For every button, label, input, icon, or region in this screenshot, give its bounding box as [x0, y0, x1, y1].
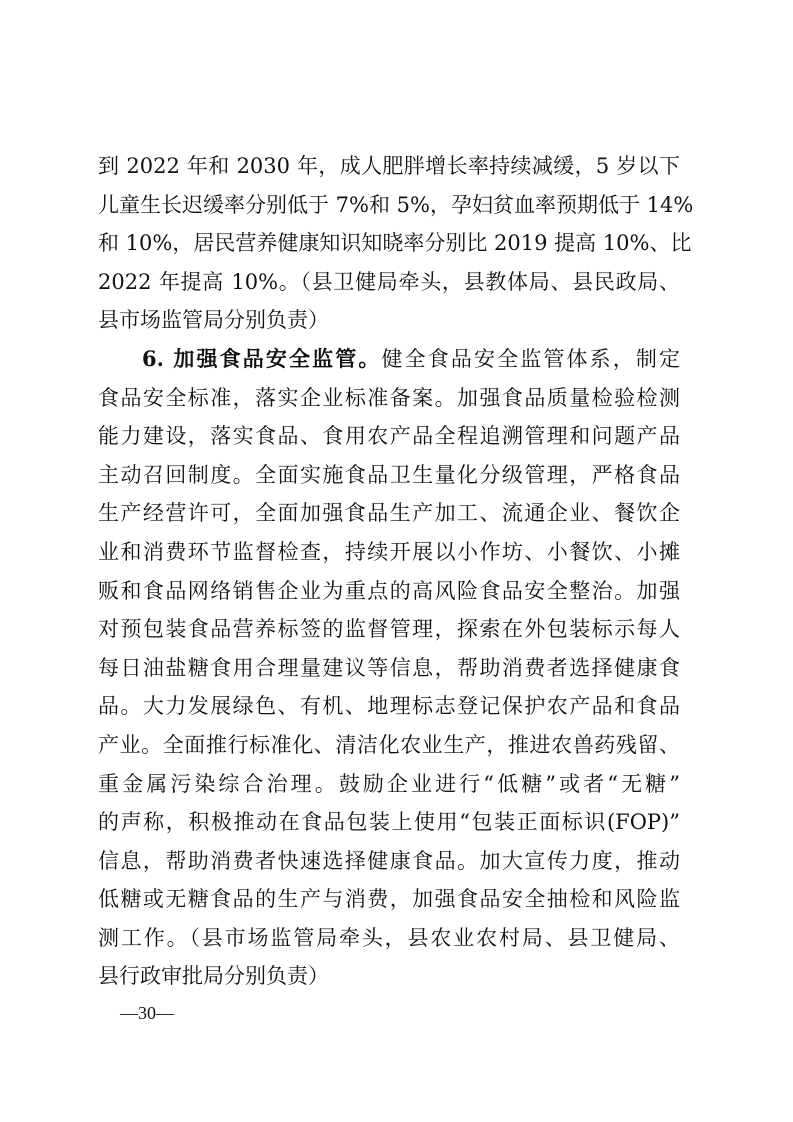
- page-number: —30—: [120, 1003, 174, 1024]
- text-line: 2022 年提高 10%。（县卫健局牵头，县教体局、县民政局、: [98, 263, 680, 302]
- text-line: 主动召回制度。全面实施食品卫生量化分级管理，严格食品: [98, 456, 680, 495]
- text-line: 县市场监管局分别负责）: [98, 301, 680, 340]
- text-line: 到 2022 年和 2030 年，成人肥胖增长率持续减缓，5 岁以下: [98, 147, 680, 186]
- text-line: 产业。全面推行标准化、清洁化农业生产，推进农兽药残留、: [98, 726, 680, 765]
- text-line: 低糖或无糖食品的生产与消费，加强食品安全抽检和风险监: [98, 880, 680, 919]
- text-line: 信息，帮助消费者快速选择健康食品。加大宣传力度，推动: [98, 842, 680, 881]
- text-line: 和 10%，居民营养健康知识知晓率分别比 2019 提高 10%、比: [98, 224, 680, 263]
- document-body: 到 2022 年和 2030 年，成人肥胖增长率持续减缓，5 岁以下 儿童生长迟…: [98, 147, 680, 996]
- text-line: 县行政审批局分别负责）: [98, 957, 680, 996]
- text-line: 的声称，积极推动在食品包装上使用“包装正面标识(FOP)”: [98, 803, 680, 842]
- paragraph-first-line: 6. 加强食品安全监管。健全食品安全监管体系，制定: [98, 340, 680, 379]
- paragraph-food-safety: 6. 加强食品安全监管。健全食品安全监管体系，制定 食品安全标准，落实企业标准备…: [98, 340, 680, 996]
- text-line: 测工作。（县市场监管局牵头，县农业农村局、县卫健局、: [98, 919, 680, 958]
- text-segment: 健全食品安全监管体系，制定: [382, 347, 681, 371]
- text-line: 贩和食品网络销售企业为重点的高风险食品安全整治。加强: [98, 572, 680, 611]
- text-line: 品。大力发展绿色、有机、地理标志登记保护农产品和食品: [98, 687, 680, 726]
- text-line: 食品安全标准，落实企业标准备案。加强食品质量检验检测: [98, 379, 680, 418]
- document-page: 到 2022 年和 2030 年，成人肥胖增长率持续减缓，5 岁以下 儿童生长迟…: [0, 0, 793, 1122]
- text-line: 儿童生长迟缓率分别低于 7%和 5%，孕妇贫血率预期低于 14%: [98, 186, 680, 225]
- text-line: 业和消费环节监督检查，持续开展以小作坊、小餐饮、小摊: [98, 533, 680, 572]
- text-line: 对预包装食品营养标签的监督管理，探索在外包装标示每人: [98, 610, 680, 649]
- text-line: 重金属污染综合治理。鼓励企业进行“低糖”或者“无糖”: [98, 765, 680, 804]
- section-heading: 6. 加强食品安全监管。: [142, 346, 382, 371]
- text-line: 生产经营许可，全面加强食品生产加工、流通企业、餐饮企: [98, 494, 680, 533]
- text-line: 每日油盐糖食用合理量建议等信息，帮助消费者选择健康食: [98, 649, 680, 688]
- paragraph-nutrition-targets: 到 2022 年和 2030 年，成人肥胖增长率持续减缓，5 岁以下 儿童生长迟…: [98, 147, 680, 340]
- text-line: 能力建设，落实食品、食用农产品全程追溯管理和问题产品: [98, 417, 680, 456]
